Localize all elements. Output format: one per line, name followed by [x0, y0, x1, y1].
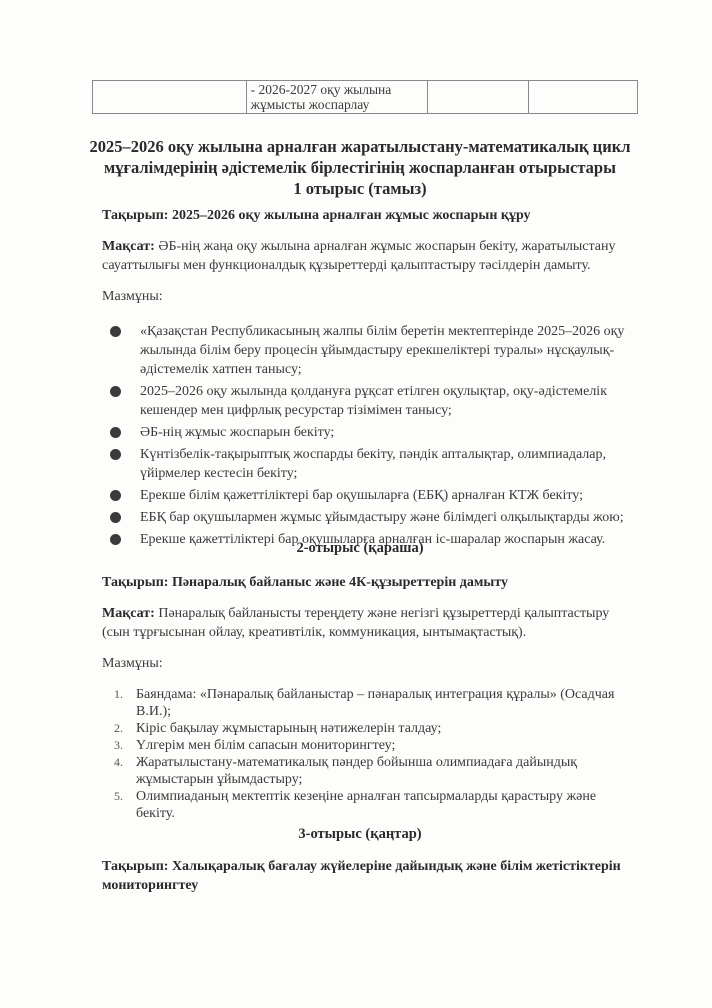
session3-heading: 3-отырыс (қаңтар): [80, 826, 640, 843]
list-item: 4.Жаратылыстану-математикалық пәндер бой…: [100, 754, 630, 788]
list-item: ЕБҚ бар оқушылармен жұмыс ұйымдастыру жә…: [100, 508, 630, 527]
list-item: 1.Баяндама: «Пәнаралық байланыстар – пән…: [100, 686, 630, 720]
list-item: 3.Үлгерім мен білім сапасын мониторингте…: [100, 737, 630, 754]
document-page: - 2026-2027 оқу жылына жұмысты жоспарлау…: [0, 0, 712, 1008]
bullet-icon: [110, 512, 121, 523]
session2-topic: Тақырып: Пәнаралық байланыс және 4К-құзы…: [102, 573, 622, 592]
list-item: 2.Кіріс бақылау жұмыстарының нәтижелерін…: [100, 720, 630, 737]
list-item: Күнтізбелік-тақырыптық жоспарды бекіту, …: [100, 445, 630, 483]
title-line-3: 1 отырыс (тамыз): [80, 178, 640, 199]
table-cell: [93, 81, 247, 114]
session2-goal: Мақсат: Пәнаралық байланысты тереңдету ж…: [102, 604, 622, 642]
topic-text: 2025–2026 оқу жылына арналған жұмыс жосп…: [172, 208, 531, 223]
session1-content-label: Мазмұны:: [102, 287, 622, 306]
topic-label: Тақырып:: [102, 208, 168, 223]
table-row: - 2026-2027 оқу жылына жұмысты жоспарлау: [93, 81, 638, 114]
document-title: 2025–2026 оқу жылына арналған жаратылыст…: [80, 136, 640, 199]
title-line-2: мұғалімдерінің әдістемелік бірлестігінің…: [80, 157, 640, 178]
bullet-icon: [110, 449, 121, 460]
session2-content-label: Мазмұны:: [102, 654, 622, 673]
list-item: 5.Олимпиаданың мектептік кезеңіне арналғ…: [100, 788, 630, 822]
session1-topic: Тақырып: 2025–2026 оқу жылына арналған ж…: [102, 206, 622, 225]
goal-text: ӘБ-нің жаңа оқу жылына арналған жұмыс жо…: [102, 239, 615, 273]
list-item: 2025–2026 оқу жылында қолдануға рұқсат е…: [100, 382, 630, 420]
session3-topic: Тақырып: Халықаралық бағалау жүйелеріне …: [102, 857, 622, 895]
list-item: Ерекше білім қажеттіліктері бар оқушылар…: [100, 486, 630, 505]
goal-label: Мақсат:: [102, 239, 155, 254]
session2-content-list: 1.Баяндама: «Пәнаралық байланыстар – пән…: [100, 686, 630, 822]
table-cell: - 2026-2027 оқу жылына жұмысты жоспарлау: [246, 81, 428, 114]
bullet-icon: [110, 427, 121, 438]
list-item: ӘБ-нің жұмыс жоспарын бекіту;: [100, 423, 630, 442]
table-cell: [529, 81, 638, 114]
table-cell: [428, 81, 529, 114]
bullet-icon: [110, 386, 121, 397]
list-item: «Қазақстан Республикасының жалпы білім б…: [100, 322, 630, 379]
session1-goal: Мақсат: ӘБ-нің жаңа оқу жылына арналған …: [102, 237, 622, 275]
bullet-icon: [110, 490, 121, 501]
session2-heading: 2-отырыс (қараша): [80, 540, 640, 557]
title-line-1: 2025–2026 оқу жылына арналған жаратылыст…: [80, 136, 640, 157]
plan-table-fragment: - 2026-2027 оқу жылына жұмысты жоспарлау: [92, 80, 638, 114]
bullet-icon: [110, 326, 121, 337]
session1-content-list: «Қазақстан Республикасының жалпы білім б…: [100, 322, 630, 552]
